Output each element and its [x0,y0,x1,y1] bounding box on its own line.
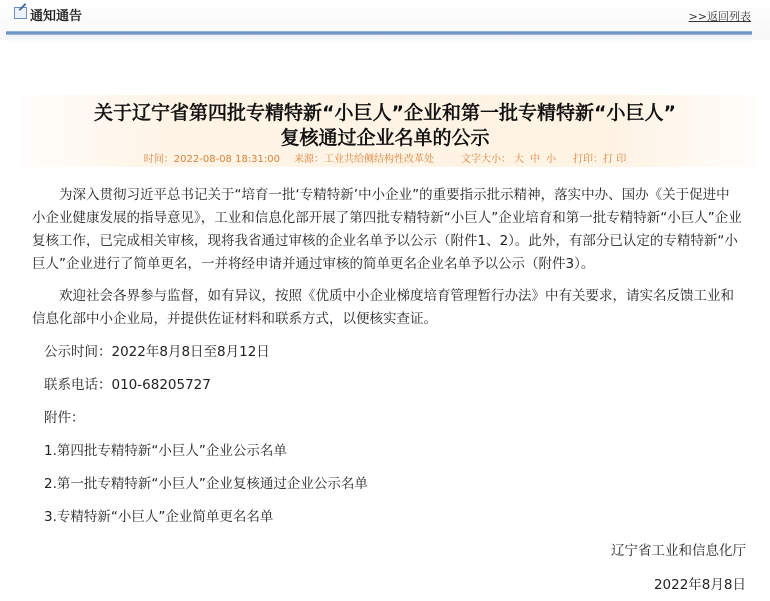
meta-time: 时间：2022-08-08 18:31:00 [144,154,280,165]
article-title-line2: 复核通过企业名单的公示 [0,123,770,150]
section-title: 通知通告 [30,5,82,24]
contact-phone: 联系电话：010-68205727 [44,373,211,393]
meta-font-size: 文字大小：大中小 [461,154,559,165]
print-label: 打印： [573,154,603,165]
article-paragraph-1: 为深入贯彻习近平总书记关于“培育一批‘专精特新’中小企业”的重要指示批示精神，落… [32,184,742,276]
back-to-list-link[interactable]: >>返回列表 [689,8,751,24]
article-paragraph-2: 欢迎社会各界参与监督，如有异议，按照《优质中小企业梯度培育管理暂行办法》中有关要… [32,285,742,331]
attachment-link-2[interactable]: 2.第一批专精特新“小巨人”企业复核通过企业公示名单 [44,472,368,492]
issue-date: 2022年8月8日 [654,573,746,593]
meta-print: 打印：打 印 [573,154,626,165]
edit-notice-icon [14,7,27,19]
font-size-large[interactable]: 大 [514,154,524,165]
font-size-small[interactable]: 小 [546,154,556,165]
article-meta: 时间：2022-08-08 18:31:00来源：工业共给侧结构性改革处文字大小… [0,150,770,165]
notice-period: 公示时间：2022年8月8日至8月12日 [44,340,270,360]
header-divider-shadow [6,35,752,43]
font-size-label: 文字大小： [461,154,511,165]
article-paragraph-2-block: 欢迎社会各界参与监督，如有异议，按照《优质中小企业梯度培育管理暂行办法》中有关要… [32,285,742,331]
section-header: 通知通告 >>返回列表 [0,0,770,40]
time-value: 2022-08-08 18:31:00 [174,154,280,165]
print-button[interactable]: 打 印 [603,154,626,165]
source-value: 工业共给侧结构性改革处 [324,154,434,165]
attachments-label: 附件： [44,406,85,426]
time-label: 时间： [144,154,174,165]
font-size-medium[interactable]: 中 [530,154,540,165]
article-title-line1: 关于辽宁省第四批专精特新“小巨人”企业和第一批专精特新“小巨人” [0,98,770,125]
attachment-link-3[interactable]: 3.专精特新“小巨人”企业简单更名名单 [44,505,273,525]
attachment-link-1[interactable]: 1.第四批专精特新“小巨人”企业公示名单 [44,439,287,459]
meta-source: 来源：工业共给侧结构性改革处 [294,154,434,165]
issuer-signature: 辽宁省工业和信息化厅 [611,539,746,559]
article-paragraph-1-block: 为深入贯彻习近平总书记关于“培育一批‘专精特新’中小企业”的重要指示批示精神，落… [32,184,742,276]
source-label: 来源： [294,154,324,165]
